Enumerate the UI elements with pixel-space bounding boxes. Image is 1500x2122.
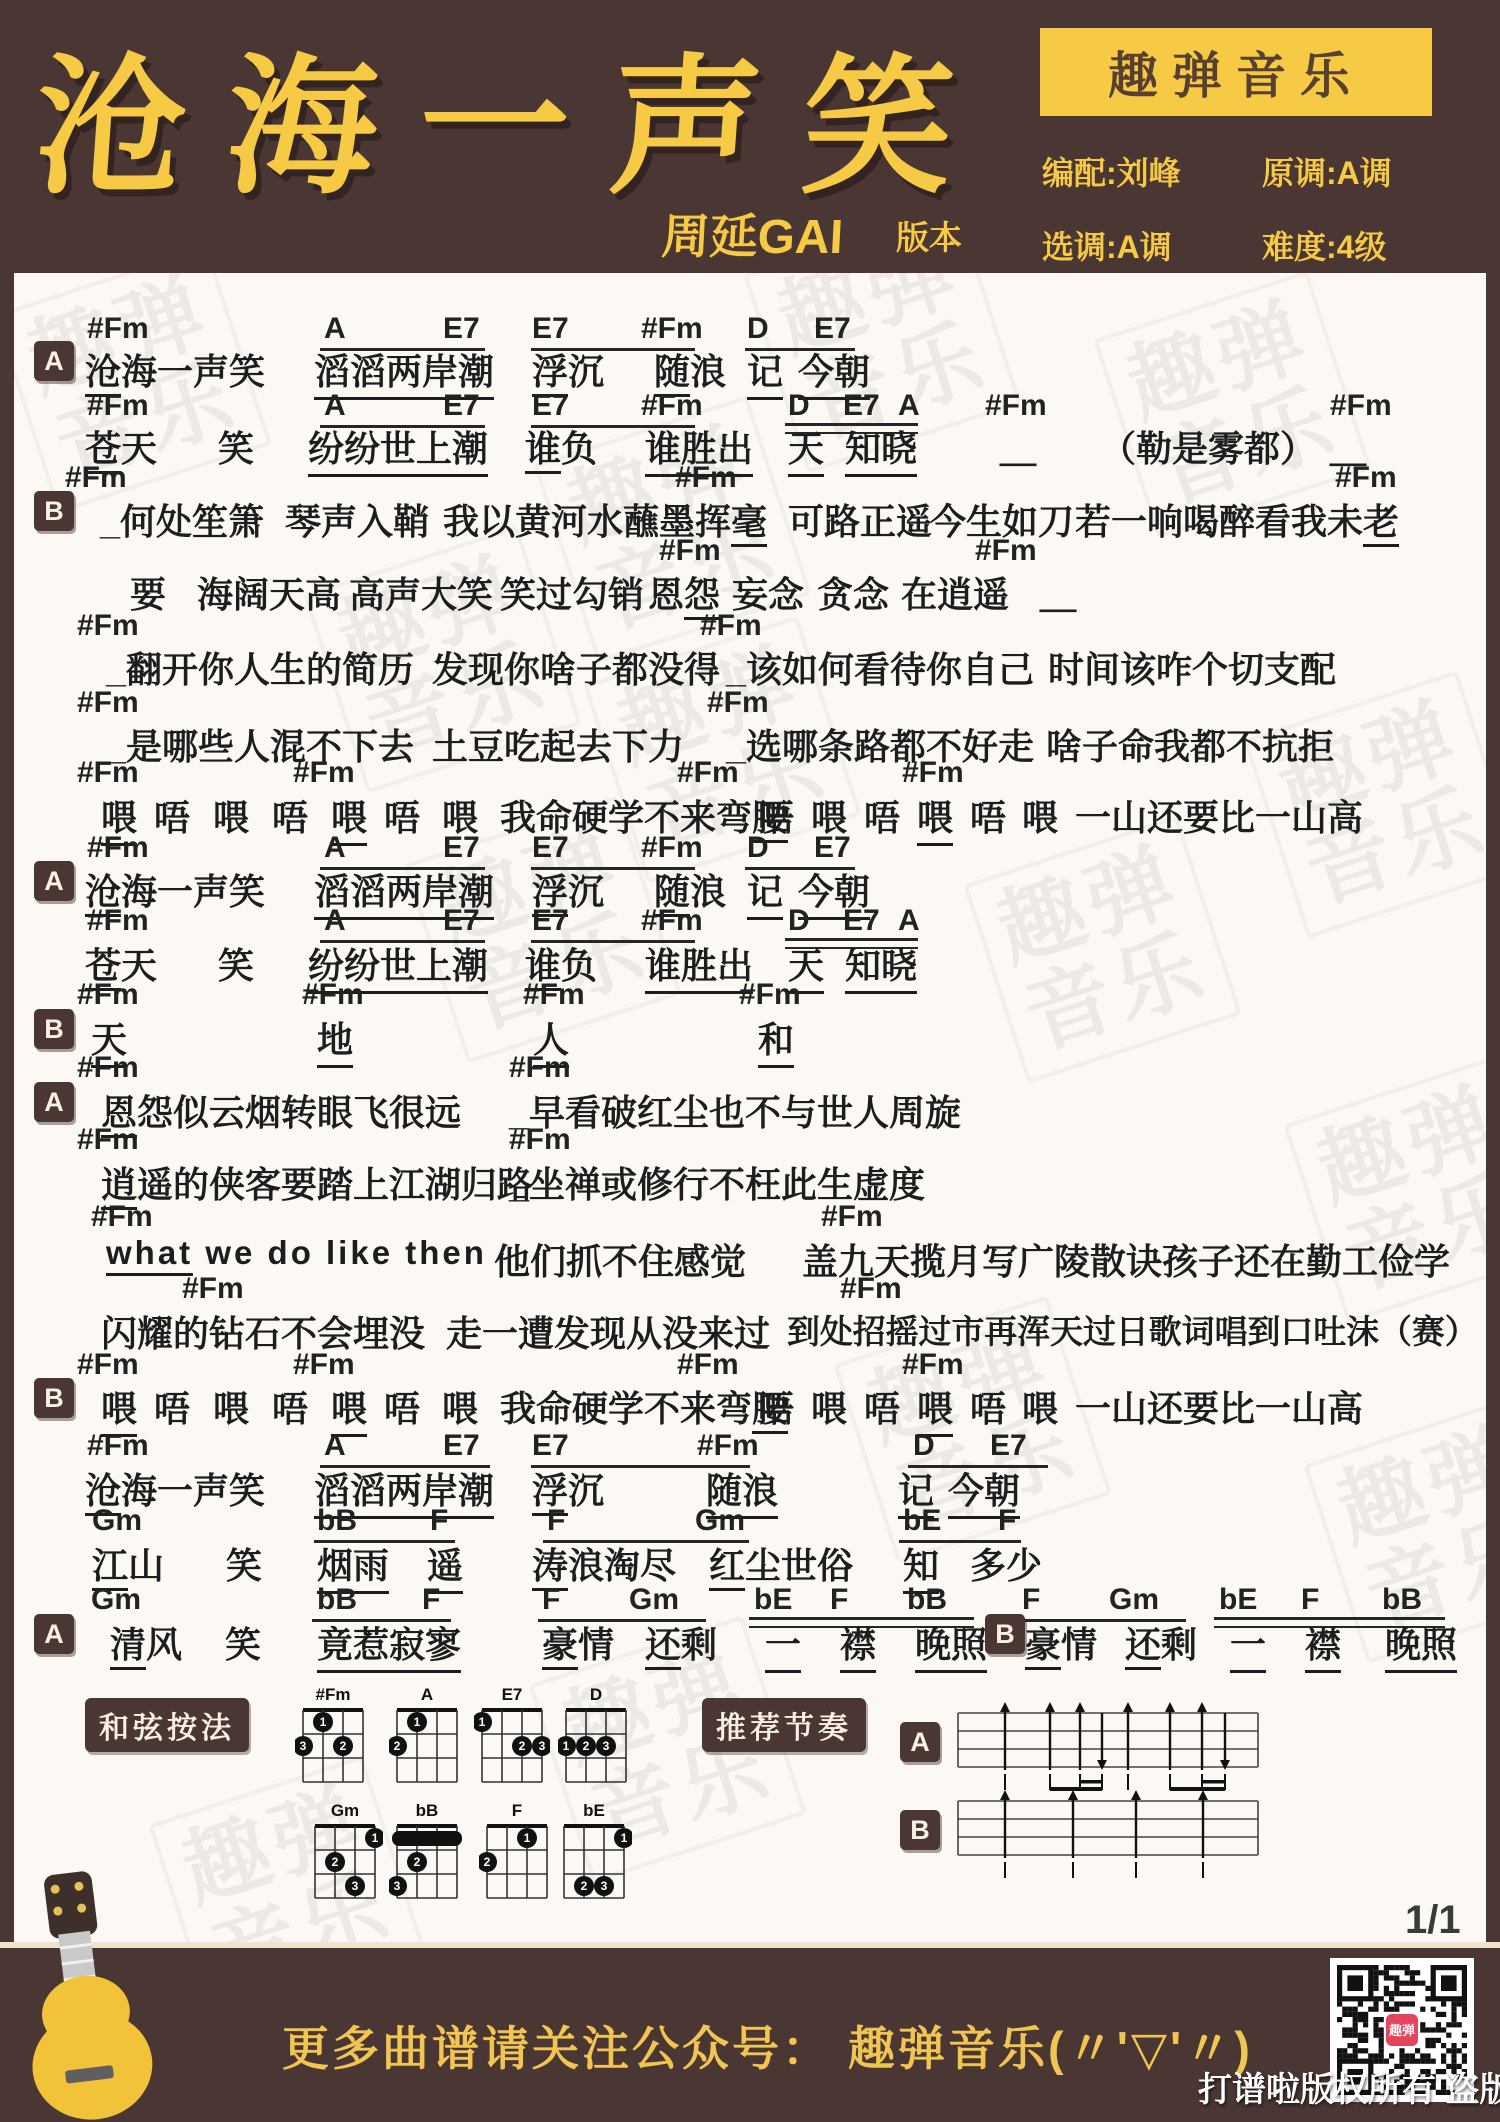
chord-token: #Fm	[87, 1429, 149, 1463]
lyric-token: 清风	[110, 1617, 182, 1668]
chord-token: E7	[532, 312, 569, 346]
lyric-token: 唔	[864, 790, 900, 841]
lyric-token: 笑	[218, 421, 254, 472]
svg-text:趣弹: 趣弹	[1389, 2023, 1415, 2038]
lyric-token: 海阔天高	[197, 567, 341, 618]
lyric-token: 江山	[92, 1538, 164, 1589]
svg-text:1: 1	[621, 1831, 628, 1845]
lyric-token: 天	[788, 421, 824, 477]
svg-text:2: 2	[340, 1739, 347, 1753]
svg-text:1: 1	[372, 1831, 379, 1845]
lyric-token: 一山还要比一山高	[1075, 1381, 1363, 1432]
chord-token: #Fm	[641, 389, 703, 423]
chord-token: #Fm	[675, 461, 737, 495]
lyric-token: _翻开你人生的简历	[106, 642, 414, 693]
chord-token: A	[324, 389, 346, 423]
sheet: A#FmAE7E7#FmDE7沧海一声笑滔滔两岸潮浮沉随浪记今朝#FmAE7E7…	[0, 0, 1500, 1700]
chord-token: #Fm	[523, 978, 585, 1012]
lyric-token: 浮沉	[532, 344, 604, 395]
chord-token: E7	[843, 389, 880, 423]
chord-token: #Fm	[902, 1348, 964, 1382]
svg-text:3: 3	[300, 1739, 307, 1753]
lyric-token: 到处招摇过市再浑天过日歌词唱到口吐沫（赛）	[787, 1306, 1478, 1353]
lyric-token: 沧海一声笑	[85, 344, 265, 395]
lyric-token: 和	[758, 1012, 794, 1068]
chord-token: #Fm	[840, 1272, 902, 1306]
section-marker-A: A	[34, 1082, 74, 1122]
chord-token: F	[430, 1504, 448, 1538]
chord-token: A	[898, 904, 920, 938]
chord-token: #Fm	[821, 1200, 883, 1234]
lyric-token: 唔	[384, 790, 420, 841]
lyric-token: 在逍遥	[901, 567, 1009, 618]
chord-token: #Fm	[77, 686, 139, 720]
lyric-token: 一山还要比一山高	[1075, 790, 1363, 841]
rhythm-staff-A	[950, 1702, 1270, 1802]
chord-token: #Fm	[509, 1123, 571, 1157]
chord-token: E7	[443, 1429, 480, 1463]
chord-token: #Fm	[700, 609, 762, 643]
svg-text:E7: E7	[502, 1685, 523, 1704]
chord-token: F	[422, 1583, 440, 1617]
lyric-token: 知晓	[845, 421, 917, 477]
lyric-token: _早看破红尘也不与世人周旋	[509, 1085, 961, 1136]
lyric-token: 琴声入鞘	[285, 494, 429, 545]
chord-token: D	[788, 904, 810, 938]
chord-token: bE	[1219, 1583, 1257, 1617]
chord-token: E7	[532, 831, 569, 865]
chord-token: #Fm	[697, 1429, 759, 1463]
chord-token: bB	[317, 1504, 357, 1538]
chord-token: F	[1301, 1583, 1319, 1617]
lyric-token: 唔	[384, 1381, 420, 1432]
chord-token: A	[324, 904, 346, 938]
svg-text:1: 1	[414, 1715, 421, 1729]
chord-token: #Fm	[77, 609, 139, 643]
chord-token: #Fm	[77, 756, 139, 790]
chord-token: #Fm	[293, 1348, 355, 1382]
lyric-token: 唔	[970, 790, 1006, 841]
svg-text:2: 2	[583, 1739, 590, 1753]
svg-text:3: 3	[539, 1739, 546, 1753]
lyric-token: 襟	[840, 1617, 876, 1673]
chord-diagram-A: A12	[389, 1684, 465, 1793]
chord-token: #Fm	[1330, 389, 1392, 423]
section-marker-A: A	[34, 341, 74, 381]
lyric-token: 竟惹寂寥	[317, 1617, 461, 1673]
lyric-token: 知晓	[845, 938, 917, 994]
lyric-token: 喂	[213, 790, 249, 841]
svg-text:3: 3	[352, 1879, 359, 1893]
chord-token: E7	[532, 1429, 569, 1463]
lyric-token: 一	[1230, 1617, 1266, 1673]
lyric-token: ＿	[1040, 567, 1076, 618]
chord-token: #Fm	[677, 756, 739, 790]
svg-text:bE: bE	[583, 1801, 605, 1820]
chord-token: E7	[443, 389, 480, 423]
chord-token: #Fm	[659, 534, 721, 568]
lyric-token: _选哪条路都不好走	[726, 719, 1034, 770]
chord-token: bE	[903, 1504, 941, 1538]
chord-token: #Fm	[641, 904, 703, 938]
lyric-token: 喂	[1022, 1381, 1058, 1432]
chord-token: F	[1022, 1583, 1040, 1617]
chord-token: Gm	[92, 1504, 142, 1538]
chord-token: E7	[532, 389, 569, 423]
lyric-token: 地	[317, 1012, 353, 1068]
svg-text:Gm: Gm	[331, 1801, 359, 1820]
lyric-token: _是哪些人混不下去	[106, 719, 414, 770]
chord-token: E7	[814, 831, 851, 865]
lyric-token: 多少	[970, 1538, 1042, 1589]
rhythm-marker-B: B	[900, 1810, 940, 1850]
chord-token: E7	[443, 312, 480, 346]
lyric-token: 一	[765, 1617, 801, 1673]
chord-token: #Fm	[77, 1051, 139, 1085]
copyright-watermark: 打谱啦版权所有 盗版必究	[1198, 2062, 1500, 2111]
svg-text:A: A	[421, 1685, 433, 1704]
lyric-token: what we do like then	[106, 1234, 487, 1272]
chord-token: #Fm	[182, 1272, 244, 1306]
chord-token: #Fm	[91, 1200, 153, 1234]
svg-text:F: F	[512, 1801, 522, 1820]
lyric-token: 可路正遥	[788, 494, 932, 545]
lyric-token: 豪情	[1025, 1617, 1097, 1668]
lyric-token: 喂	[213, 1381, 249, 1432]
lyric-token: 唔	[272, 790, 308, 841]
section-marker-A: A	[34, 861, 74, 901]
rhythm-label: 推荐节奏	[702, 1698, 866, 1752]
lyric-token: 浮沉	[532, 1463, 604, 1514]
lyric-token: 喂	[811, 1381, 847, 1432]
lyric-token: 襟	[1305, 1617, 1341, 1673]
chord-token: Gm	[91, 1583, 141, 1617]
lyric-token: 笑过勾销	[500, 567, 644, 618]
chord-token: D	[913, 1429, 935, 1463]
chord-token: E7	[990, 1429, 1027, 1463]
svg-text:2: 2	[581, 1879, 588, 1893]
chord-token: E7	[532, 904, 569, 938]
chord-diagram-bE: bE123	[556, 1800, 632, 1909]
chord-token: A	[324, 1429, 346, 1463]
lyric-token: ＿	[1000, 421, 1036, 472]
chord-token: D	[747, 831, 769, 865]
chord-token: F	[998, 1504, 1016, 1538]
rhythm-staff-B	[950, 1790, 1270, 1890]
lyric-token: 恩怨似云烟转眼飞很远	[101, 1085, 461, 1136]
lyric-token: 喂	[917, 790, 953, 846]
chord-token: A	[324, 312, 346, 346]
svg-text:#Fm: #Fm	[316, 1685, 351, 1704]
svg-text:3: 3	[601, 1879, 608, 1893]
lyric-token: 唔	[970, 1381, 1006, 1432]
lyric-token: 谁负	[525, 421, 597, 472]
chord-token: D	[788, 389, 810, 423]
ukulele-headstock	[43, 1870, 98, 1939]
chord-token: #Fm	[77, 978, 139, 1012]
svg-text:3: 3	[394, 1879, 401, 1893]
svg-text:D: D	[590, 1685, 602, 1704]
lyric-token: 高声大笑	[349, 567, 493, 618]
chord-token: #Fm	[77, 1348, 139, 1382]
chord-token: #Fm	[975, 534, 1037, 568]
chord-token: #Fm	[65, 461, 127, 495]
svg-text:2: 2	[484, 1855, 491, 1869]
lyric-token: 若一响喝醉看我未老	[1075, 494, 1399, 545]
lyric-token: 记	[747, 864, 783, 920]
chord-token: A	[324, 831, 346, 865]
lyric-token: 唔	[154, 790, 190, 841]
lyric-token: 逍遥的侠客要踏上江湖归路	[101, 1157, 533, 1208]
lyric-token: 随浪	[654, 344, 726, 395]
page-number: 1/1	[1405, 1898, 1461, 1943]
lyric-token: 豪情	[542, 1617, 614, 1668]
lyric-token: 红尘世俗	[709, 1538, 853, 1589]
lyric-token: 喂	[442, 1381, 478, 1432]
lyric-token: 唔	[864, 1381, 900, 1432]
lyric-token: 笑	[225, 1617, 261, 1668]
svg-text:1: 1	[479, 1715, 486, 1729]
chord-token: bB	[317, 1583, 357, 1617]
section-marker-B: B	[34, 1378, 74, 1418]
chord-token: Gm	[1109, 1583, 1159, 1617]
chord-diagram-F: F12	[479, 1800, 555, 1909]
chord-token: F	[542, 1583, 560, 1617]
lyric-token: _该如何看待你自己	[726, 642, 1034, 693]
lyric-token: （勒是雾都）	[1100, 421, 1316, 472]
section-marker-B: B	[985, 1614, 1025, 1654]
svg-text:1: 1	[563, 1739, 570, 1753]
svg-text:2: 2	[414, 1855, 421, 1869]
lyric-token: 还剩	[1125, 1617, 1197, 1668]
chord-token: bB	[1382, 1583, 1422, 1617]
lyric-token: 谁胜出	[645, 938, 753, 994]
lyric-token: 啥子命我都不抗拒	[1046, 719, 1334, 770]
svg-text:bB: bB	[416, 1801, 439, 1820]
chord-token: #Fm	[902, 756, 964, 790]
chord-token: #Fm	[293, 756, 355, 790]
lyric-token: 还剩	[645, 1617, 717, 1668]
svg-text:3: 3	[603, 1739, 610, 1753]
chord-token: E7	[814, 312, 851, 346]
chord-token: E7	[443, 831, 480, 865]
chord-diagram-Gm: Gm123	[307, 1800, 383, 1909]
chord-token: #Fm	[87, 389, 149, 423]
chord-diagram-D: D123	[558, 1684, 634, 1793]
lyric-token: _何处笙箫	[100, 494, 264, 545]
chord-token: #Fm	[87, 312, 149, 346]
lyric-token: 笑	[218, 938, 254, 989]
lyric-token: 闪耀的钻石不会埋没	[101, 1306, 425, 1357]
chord-token: E7	[843, 904, 880, 938]
lyric-token: 晚照	[915, 1617, 987, 1673]
lyric-token: 涛浪淘尽	[532, 1538, 676, 1589]
lyric-token: 我命硬学不来弯腰	[500, 1381, 788, 1432]
chord-token: F	[830, 1583, 848, 1617]
lyric-token: 晚照	[1385, 1617, 1457, 1673]
chord-diagram-#Fm: #Fm132	[295, 1684, 371, 1793]
footer-text: 更多曲谱请关注公众号： 趣弹音乐(〃'▽'〃)	[282, 2012, 1253, 2079]
lyric-token: 唔	[758, 1381, 794, 1432]
rhythm-marker-A: A	[900, 1722, 940, 1762]
lyric-token: 贪念	[817, 567, 889, 618]
chord-token: #Fm	[87, 904, 149, 938]
chord-token: F	[547, 1504, 565, 1538]
chord-token: #Fm	[641, 312, 703, 346]
chord-token: #Fm	[509, 1051, 571, 1085]
chord-token: #Fm	[739, 978, 801, 1012]
section-marker-B: B	[34, 1009, 74, 1049]
lyric-token: 他们抓不住感觉	[494, 1234, 746, 1285]
chord-token: #Fm	[87, 831, 149, 865]
section-marker-B: B	[34, 491, 74, 531]
chord-fingering-label: 和弦按法	[85, 1698, 249, 1752]
chord-token: A	[898, 389, 920, 423]
section-marker-A: A	[34, 1614, 74, 1654]
lyric-token: 记	[747, 344, 783, 400]
svg-text:1: 1	[320, 1715, 327, 1729]
chord-token: #Fm	[707, 686, 769, 720]
chord-token: Gm	[695, 1504, 745, 1538]
lyric-token: 笑	[226, 1538, 262, 1589]
chord-token: D	[747, 312, 769, 346]
chord-token: E7	[443, 904, 480, 938]
chord-diagram-bB: bB23	[389, 1800, 465, 1909]
chord-token: #Fm	[641, 831, 703, 865]
lyric-token: 时间该咋个切支配	[1048, 642, 1336, 693]
svg-text:1: 1	[524, 1831, 531, 1845]
chord-token: bB	[907, 1583, 947, 1617]
lyric-token: 土豆吃起去下力	[432, 719, 684, 770]
lyric-token: 发现你啥子都没得	[432, 642, 720, 693]
chord-token: #Fm	[985, 389, 1047, 423]
lyric-token: 唔	[154, 1381, 190, 1432]
svg-text:2: 2	[332, 1855, 339, 1869]
chord-sheet-page: 趣弹音乐趣弹音乐趣弹音乐趣弹音乐趣弹音乐趣弹音乐趣弹音乐趣弹音乐趣弹音乐趣弹音乐…	[0, 0, 1500, 2122]
svg-text:2: 2	[519, 1739, 526, 1753]
lyric-token: 喂	[1022, 790, 1058, 841]
lyric-token: 唔	[272, 1381, 308, 1432]
chord-token: bE	[754, 1583, 792, 1617]
chord-token: #Fm	[77, 1123, 139, 1157]
chord-token: #Fm	[677, 1348, 739, 1382]
lyric-token: 纷纷世上潮	[308, 421, 488, 477]
chord-diagram-E7: E7123	[474, 1684, 550, 1793]
chord-token: Gm	[629, 1583, 679, 1617]
chord-token: #Fm	[302, 978, 364, 1012]
svg-text:2: 2	[394, 1739, 401, 1753]
chord-token: #Fm	[1335, 461, 1397, 495]
